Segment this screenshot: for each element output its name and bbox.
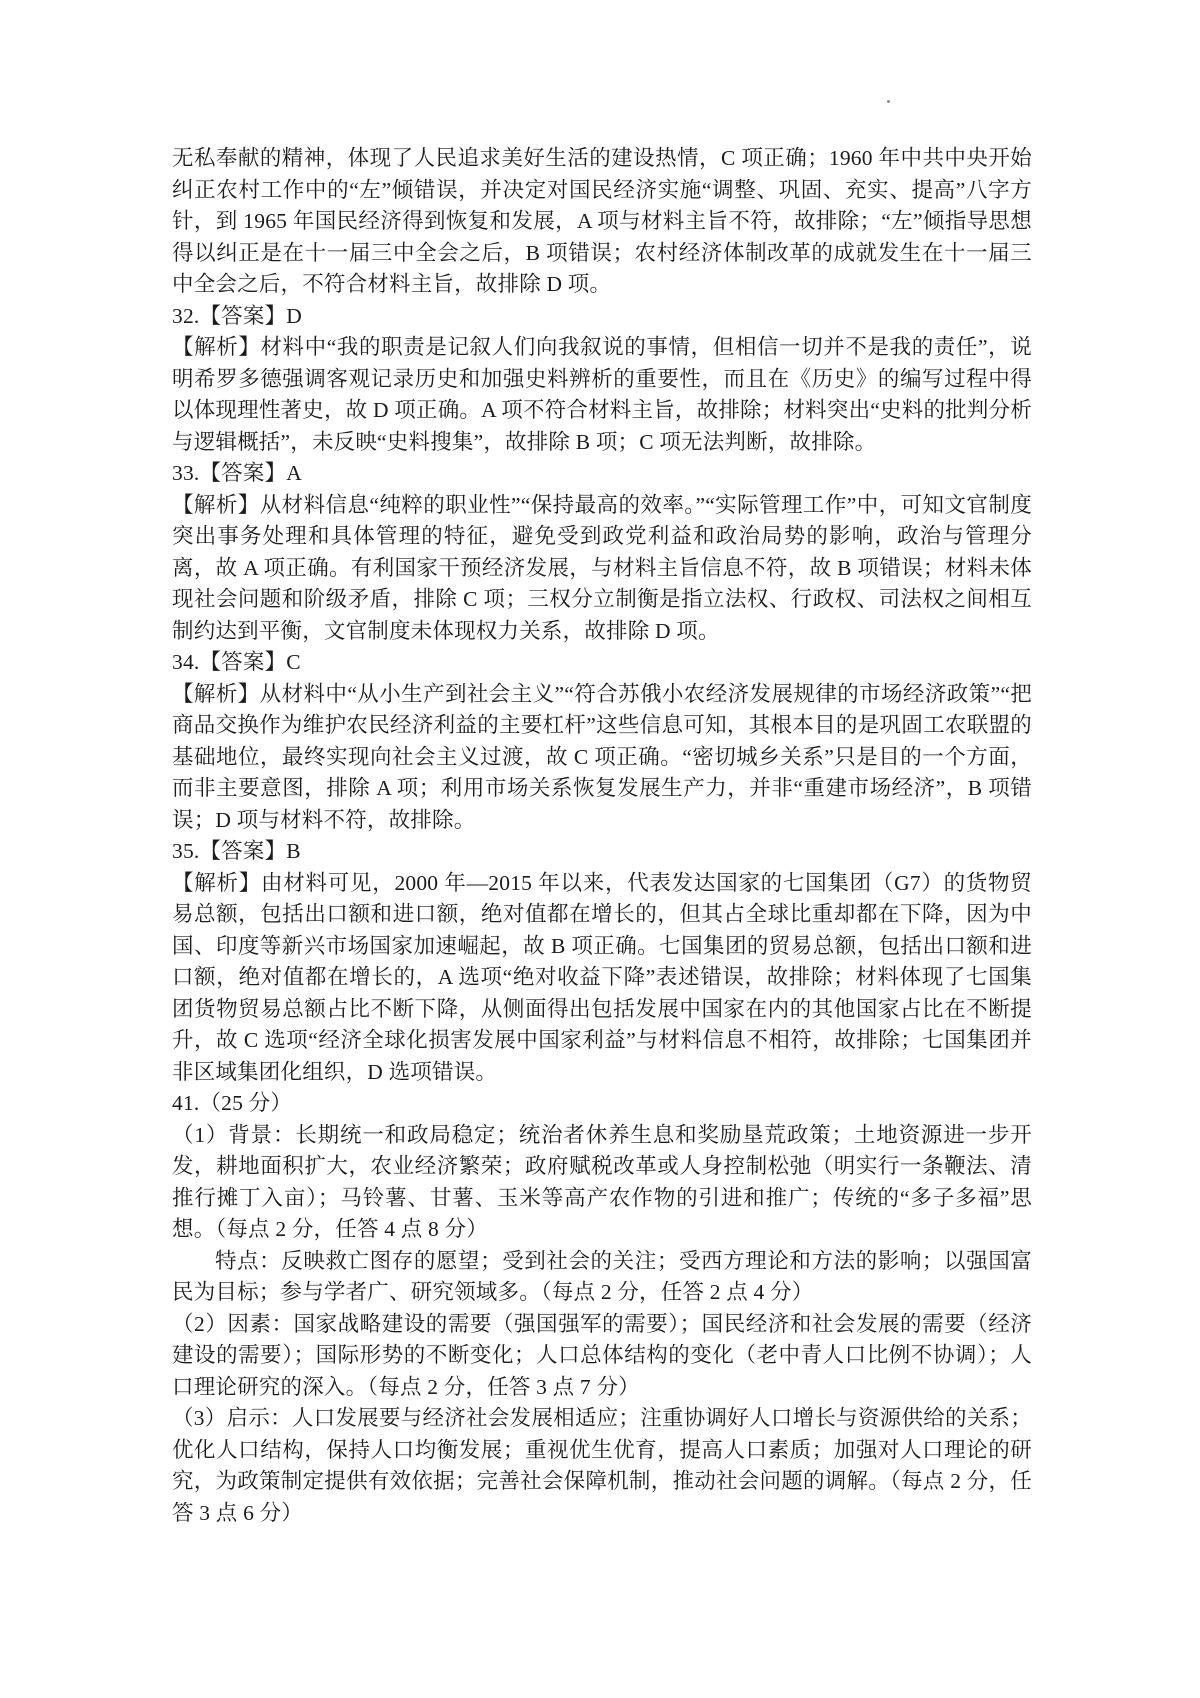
q32-answer-line: 32.【答案】D	[172, 301, 1032, 333]
q32-analysis: 【解析】材料中“我的职责是记叙人们向我叙说的事情，但相信一切并不是我的责任”，说…	[172, 332, 1032, 458]
q41-part2-factors: （2）因素：国家战略建设的需要（强国强军的需要）；国民经济和社会发展的需要（经济…	[172, 1309, 1032, 1404]
q34-analysis: 【解析】从材料中“从小生产到社会主义”“符合苏俄小农经济发展规律的市场经济政策”…	[172, 679, 1032, 837]
q32-answer-letter: D	[286, 304, 302, 328]
q32-analysis-label: 【解析】	[172, 335, 260, 359]
q41-part3-insights: （3）启示：人口发展要与经济社会发展相适应；注重协调好人口增长与资源供给的关系；…	[172, 1403, 1032, 1529]
q32-analysis-text: 材料中“我的职责是记叙人们向我叙说的事情，但相信一切并不是我的责任”，说明希罗多…	[172, 335, 1032, 454]
q33-analysis: 【解析】从材料信息“纯粹的职业性”“保持最高的效率。”“实际管理工作”中，可知文…	[172, 490, 1032, 648]
q35-analysis-text: 由材料可见，2000 年—2015 年以来，代表发达国家的七国集团（G7）的货物…	[172, 871, 1032, 1084]
q35-number: 35.	[172, 839, 199, 863]
q33-answer-label: 【答案】	[199, 461, 286, 485]
q41-number: 41.	[172, 1091, 199, 1115]
q33-answer-line: 33.【答案】A	[172, 458, 1032, 490]
q33-analysis-label: 【解析】	[172, 493, 260, 517]
q33-analysis-text: 从材料信息“纯粹的职业性”“保持最高的效率。”“实际管理工作”中，可知文官制度突…	[172, 493, 1032, 643]
q35-answer-letter: B	[286, 839, 301, 863]
q41-part1-background: （1）背景：长期统一和政局稳定；统治者休养生息和奖励垦荒政策；土地资源进一步开发…	[172, 1120, 1032, 1246]
q31-analysis-continued: 无私奉献的精神，体现了人民追求美好生活的建设热情，C 项正确；1960 年中共中…	[172, 143, 1032, 301]
q34-answer-label: 【答案】	[199, 650, 286, 674]
q34-answer-letter: C	[286, 650, 301, 674]
answer-key-page: 无私奉献的精神，体现了人民追求美好生活的建设热情，C 项正确；1960 年中共中…	[0, 0, 1200, 1698]
q32-number: 32.	[172, 304, 199, 328]
q34-number: 34.	[172, 650, 199, 674]
q35-answer-line: 35.【答案】B	[172, 836, 1032, 868]
q41-score: （25 分）	[199, 1091, 292, 1115]
q32-answer-label: 【答案】	[199, 304, 286, 328]
q35-analysis: 【解析】由材料可见，2000 年—2015 年以来，代表发达国家的七国集团（G7…	[172, 868, 1032, 1089]
q41-heading: 41.（25 分）	[172, 1088, 1032, 1120]
scan-speck-artifact	[887, 100, 890, 103]
q34-answer-line: 34.【答案】C	[172, 647, 1032, 679]
answer-key-text-block: 无私奉献的精神，体现了人民追求美好生活的建设热情，C 项正确；1960 年中共中…	[172, 143, 1032, 1529]
q35-answer-label: 【答案】	[199, 839, 286, 863]
q34-analysis-label: 【解析】	[172, 682, 260, 706]
q34-analysis-text: 从材料中“从小生产到社会主义”“符合苏俄小农经济发展规律的市场经济政策”“把商品…	[172, 682, 1032, 832]
q35-analysis-label: 【解析】	[172, 871, 261, 895]
q41-part1-features: 特点：反映救亡图存的愿望；受到社会的关注；受西方理论和方法的影响；以强国富民为目…	[172, 1246, 1032, 1309]
q33-number: 33.	[172, 461, 199, 485]
q33-answer-letter: A	[286, 461, 302, 485]
